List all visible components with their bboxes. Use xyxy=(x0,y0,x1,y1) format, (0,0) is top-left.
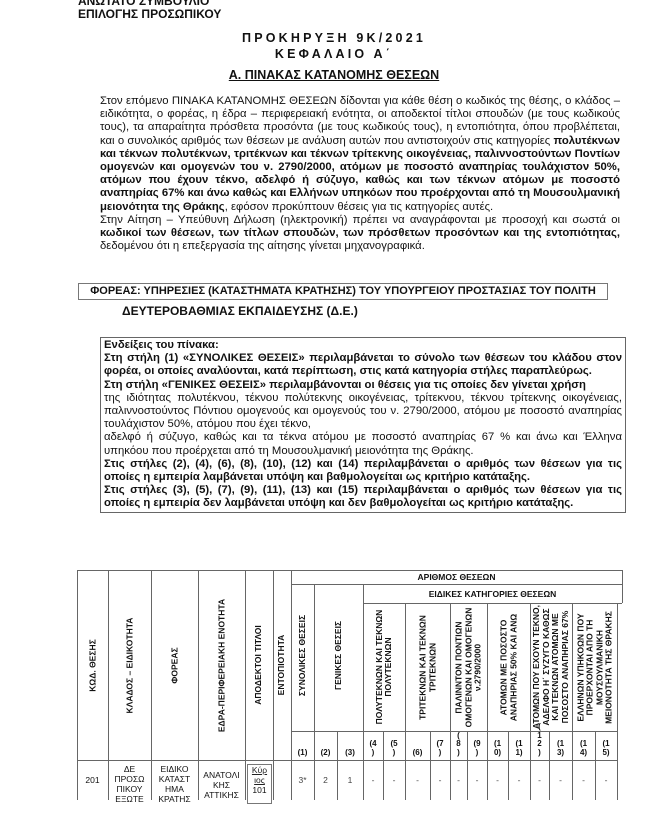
column-number: (5 ) xyxy=(383,740,405,757)
cell-value: - xyxy=(405,775,430,785)
note-1: Στη στήλη (1) «ΣΥΝΟΛΙΚΕΣ ΘΕΣΕΙΣ» περιλαμ… xyxy=(104,352,622,378)
header-line: ΠΡΟΕΡΧΟΝΤΑΙ ΑΠΟ ΤΗ xyxy=(585,619,595,715)
header-disability-50: ΑΤΟΜΩΝ ΜΕ ΠΟΣΟΣΤΟΑΝΑΠΗΡΙΑΣ 50% ΚΑΙ ΑΝΩ xyxy=(487,607,530,727)
issuing-authority-line2: ΕΠΙΛΟΓΗΣ ΠΡΟΣΩΠΙΚΟΥ xyxy=(78,7,221,21)
column-number: (6) xyxy=(405,749,430,758)
header-seat-region: ΕΔΡΑ-ΠΕΡΙΦΕΡΕΙΑΚΗ ΕΝΟΤΗΤΑ xyxy=(198,580,245,750)
issuing-authority-line1: ΑΝΩΤΑΤΟ ΣΥΜΒΟΥΛΙΟ xyxy=(78,0,221,7)
header-line: ΑΤΟΜΩΝ ΜΕ ΠΟΣΟΣΤΟ xyxy=(499,619,509,715)
header-line: ΑΝΑΠΗΡΙΑΣ 50% ΚΑΙ ΑΝΩ xyxy=(509,613,519,720)
cell-value: 2 xyxy=(314,775,337,785)
note-2a: Στη στήλη «ΓΕΝΙΚΕΣ ΘΕΣΕΙΣ» περιλαμβάνοντ… xyxy=(104,379,622,392)
header-accepted-titles: ΑΠΟΔΕΚΤΟΙ ΤΙΤΛΟΙ xyxy=(245,580,273,750)
header-position-code: ΚΩΔ. ΘΕΣΗΣ xyxy=(77,580,108,750)
header-line: ΤΡΙΤΕΚΝΩΝ xyxy=(428,642,438,691)
column-number: (1 3) xyxy=(549,740,572,757)
cell-value: - xyxy=(508,775,530,785)
cell-position-code: 201 xyxy=(77,775,108,785)
intro-text: Στον επόμενο ΠΙΝΑΚΑ ΚΑΤΑΝΟΜΗΣ ΘΕΣΕΩΝ δίδ… xyxy=(100,95,620,253)
header-line: ΚΛΑΔΟΣ – ΕΙΔΙΚΟΤΗΤΑ xyxy=(125,617,135,713)
cell-value: - xyxy=(450,775,467,785)
cell-branch-specialty: ΔΕ ΠΡΟΣΩ ΠΙΚΟΥ ΕΞΩΤΕ xyxy=(108,764,151,804)
header-line: ΣΥΝΟΛΙΚΕΣ ΘΕΣΕΙΣ xyxy=(298,615,308,696)
header-line: ΦΟΡΕΑΣ xyxy=(170,647,180,683)
note-4: Στις στήλες (3), (5), (7), (9), (11), (1… xyxy=(104,484,622,510)
column-number: ( 8 ) xyxy=(450,732,467,758)
cell-value: 3* xyxy=(291,775,314,785)
header-line: ΠΟΣΟΣΤΟ ΑΝΑΠΗΡΙΑΣ 67% xyxy=(561,611,571,724)
column-number: (1 4) xyxy=(572,740,595,757)
cell-value: - xyxy=(549,775,572,785)
group-header-divider xyxy=(291,584,622,585)
header-large-families: ΠΟΛΥΤΕΚΝΩΝ ΚΑΙ ΤΕΚΝΩΝΠΟΛΥΤΕΚΝΩΝ xyxy=(363,607,405,727)
header-line: ν.2790/2000 xyxy=(473,643,483,690)
cell-value: - xyxy=(363,775,383,785)
header-three-child-families: ΤΡΙΤΕΚΝΩΝ ΚΑΙ ΤΕΚΝΩΝΤΡΙΤΕΚΝΩΝ xyxy=(405,607,450,727)
issuing-authority: ΑΝΩΤΑΤΟ ΣΥΜΒΟΥΛΙΟ ΕΠΙΛΟΓΗΣ ΠΡΟΣΩΠΙΚΟΥ xyxy=(78,0,221,21)
cell-value: - xyxy=(383,775,405,785)
header-branch-specialty: ΚΛΑΔΟΣ – ΕΙΔΙΚΟΤΗΤΑ xyxy=(108,580,151,750)
group-header-special-categories: ΕΙΔΙΚΕΣ ΚΑΤΗΓΟΡΙΕΣ ΘΕΣΕΩΝ xyxy=(363,589,622,599)
column-divider xyxy=(337,731,338,800)
title-code-link[interactable]: Κύρ xyxy=(248,765,271,775)
intro-paragraph-1: Στον επόμενο ΠΙΝΑΚΑ ΚΑΤΑΝΟΜΗΣ ΘΕΣΕΩΝ δίδ… xyxy=(100,95,620,214)
cell-value: - xyxy=(487,775,508,785)
header-line: ΚΩΔ. ΘΕΣΗΣ xyxy=(88,639,98,691)
intro-paragraph-2: Στην Αίτηση – Υπεύθυνη Δήλωση (ηλεκτρονι… xyxy=(100,214,620,254)
section-title: Α. ΠΙΝΑΚΑΣ ΚΑΤΑΝΟΜΗΣ ΘΕΣΕΩΝ xyxy=(0,68,668,82)
cell-value: - xyxy=(530,775,549,785)
header-line: ΕΝΤΟΠΙΟΤΗΤΑ xyxy=(277,635,287,696)
header-line: ΓΕΝΙΚΕΣ ΘΕΣΕΙΣ xyxy=(334,621,344,690)
header-agency: ΦΟΡΕΑΣ xyxy=(151,580,198,750)
column-number: ( 1 2 ) xyxy=(530,723,549,757)
header-line: ΑΠΟΔΕΚΤΟΙ ΤΙΤΛΟΙ xyxy=(254,625,264,704)
education-level: ΔΕΥΤΕΡΟΒΑΘΜΙΑΣ ΕΚΠΑΙΔΕΥΣΗΣ (Δ.Ε.) xyxy=(122,304,358,318)
agency-banner: ΦΟΡΕΑΣ: ΥΠΗΡΕΣΙΕΣ (ΚΑΤΑΣΤΗΜΑΤΑ ΚΡΑΤΗΣΗΣ)… xyxy=(78,283,608,300)
header-total-positions: ΣΥΝΟΛΙΚΕΣ ΘΕΣΕΙΣ xyxy=(291,590,314,721)
header-relatives-disability-67: ΑΤΟΜΩΝ ΠΟΥ ΕΧΟΥΝ ΤΕΚΝΟ,ΑΔΕΛΦΟ Η΄ ΣΥΖΥΓΟ … xyxy=(530,607,572,727)
column-number: (1 1) xyxy=(508,740,530,757)
header-muslim-minority: ΕΛΛΗΝΩΝ ΥΠΗΚΟΩΝ ΠΟΥΠΡΟΕΡΧΟΝΤΑΙ ΑΠΟ ΤΗΜΟΥ… xyxy=(572,607,617,727)
title-code-link[interactable]: 101 xyxy=(248,785,271,795)
note-2c: αδελφό ή σύζυγο, καθώς και τα τέκνα ατόμ… xyxy=(104,431,622,457)
table-top-border xyxy=(77,570,622,571)
note-3: Στις στήλες (2), (4), (6), (8), (10), (1… xyxy=(104,458,622,484)
positions-table: ΑΡΙΘΜΟΣ ΘΕΣΕΩΝΕΙΔΙΚΕΣ ΚΑΤΗΓΟΡΙΕΣ ΘΕΣΕΩΝΚ… xyxy=(77,570,622,800)
header-locality: ΕΝΤΟΠΙΟΤΗΤΑ xyxy=(273,580,291,750)
column-number: (1 5) xyxy=(595,740,617,757)
cell-agency: ΕΙΔΙΚΟ ΚΑΤΑΣΤ ΗΜΑ ΚΡΑΤΗΣ xyxy=(151,764,198,804)
header-line: ΠΑΛΙΝΝΤΟΝ ΠΟΝΤΙΩΝ xyxy=(454,621,464,713)
notes-heading: Ενδείξεις του πίνακα: xyxy=(104,339,622,352)
header-line: ΠΟΛΥΤΕΚΝΩΝ xyxy=(384,637,394,696)
header-line: ΤΡΙΤΕΚΝΩΝ ΚΑΙ ΤΕΚΝΩΝ xyxy=(418,615,428,720)
header-repatriated: ΠΑΛΙΝΝΤΟΝ ΠΟΝΤΙΩΝΟΜΟΓΕΝΩΝ ΚΑΙ ΟΜΟΓΕΝΩΝν.… xyxy=(450,607,487,727)
column-number: (1) xyxy=(291,749,314,758)
column-divider xyxy=(622,570,623,603)
column-number: (9 ) xyxy=(467,740,487,757)
cell-value: - xyxy=(467,775,487,785)
header-general-positions: ΓΕΝΙΚΕΣ ΘΕΣΕΙΣ xyxy=(314,590,363,721)
cell-value: - xyxy=(572,775,595,785)
header-line: ΕΔΡΑ-ΠΕΡΙΦΕΡΕΙΑΚΗ ΕΝΟΤΗΤΑ xyxy=(217,598,227,731)
column-number: (7 ) xyxy=(430,740,450,757)
column-number: (2) xyxy=(314,749,337,758)
cell-value: - xyxy=(595,775,617,785)
note-2b: της ιδιότητας πολυτέκνου, τέκνου πολύτεκ… xyxy=(104,392,622,432)
chapter-title: ΚΕΦΑΛΑΙΟ Α΄ xyxy=(0,47,668,61)
cell-value: 1 xyxy=(337,775,363,785)
header-bottom-divider xyxy=(77,760,617,761)
column-number: (1 0) xyxy=(487,740,508,757)
table-notes-box: Ενδείξεις του πίνακα: Στη στήλη (1) «ΣΥΝ… xyxy=(100,337,626,513)
column-number: (3) xyxy=(337,749,363,758)
cell-seat-region: ΑΝΑΤΟΛΙ ΚΗΣ ΑΤΤΙΚΗΣ xyxy=(198,770,245,800)
column-number: (4 ) xyxy=(363,740,383,757)
header-line: ΜΕΙΟΝΟΤΗΤΑ ΤΗΣ ΘΡΑΚΗΣ xyxy=(604,611,614,724)
group-header-positions: ΑΡΙΘΜΟΣ ΘΕΣΕΩΝ xyxy=(291,572,622,582)
cell-accepted-titles[interactable]: Κύριος101 xyxy=(247,764,272,804)
title-code-link[interactable]: ιος xyxy=(248,775,271,785)
notice-number: ΠΡΟΚΗΡΥΞΗ 9Κ/2021 xyxy=(0,31,668,45)
cell-value: - xyxy=(430,775,450,785)
special-header-divider xyxy=(363,603,622,604)
